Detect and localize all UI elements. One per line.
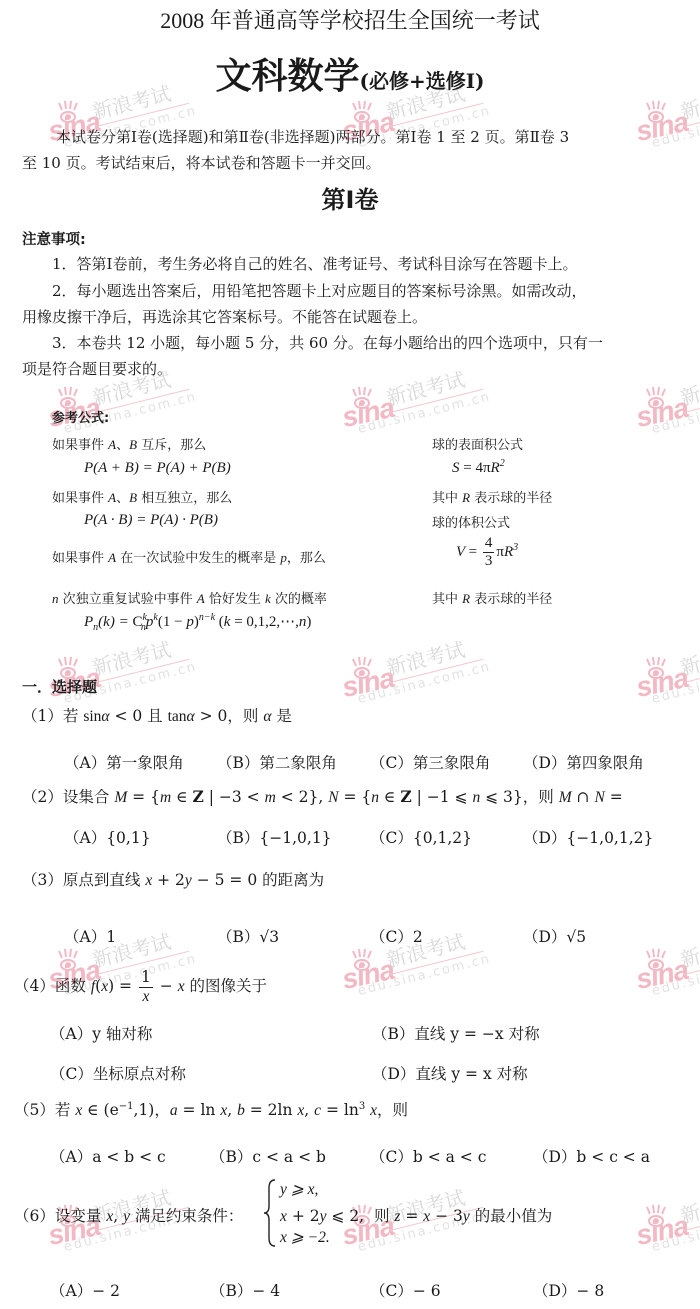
question-2-stem: （2）设集合 M = {m ∈ Z | −3 < m < 2}, N = {n … — [22, 785, 623, 807]
question-3-stem: （3）原点到直线 x + 2y − 5 = 0 的距离为 — [22, 868, 324, 890]
question-1-option-d[interactable]: （D）第四象限角 — [523, 751, 644, 773]
question-3-option-b[interactable]: （B）√3 — [217, 925, 279, 947]
question-5-option-b[interactable]: （B）c < a < b — [210, 1145, 326, 1167]
question-4-option-b[interactable]: （B）直线 y = −x 对称 — [372, 1022, 540, 1044]
reference-left-1: 如果事件 A、B 互斥，那么 — [52, 434, 206, 453]
intro-line-2: 至 10 页。考试结束后，将本试卷和答题卡一并交回。 — [22, 150, 381, 176]
intro-line-1: 本试卷分第Ⅰ卷(选择题)和第Ⅱ卷(非选择题)两部分。第Ⅰ卷 1 至 2 页。第Ⅱ… — [56, 124, 569, 150]
question-2-option-c[interactable]: （C）{0,1,2} — [370, 826, 472, 848]
reference-right-6: 其中 R 表示球的半径 — [432, 588, 552, 607]
question-1-option-b[interactable]: （B）第二象限角 — [217, 751, 337, 773]
question-5-stem: （5）若 x ∈ (e−1,1)，a = ln x, b = 2ln x, c … — [14, 1098, 408, 1120]
question-3-option-d[interactable]: （D）√5 — [523, 925, 586, 947]
question-1-option-c[interactable]: （C）第三象限角 — [370, 751, 490, 773]
question-4-stem: （4）函数 f(x) = 1x − x 的图像关于 — [14, 970, 267, 1004]
subject-title: 文科数学(必修+选修Ⅰ) — [0, 48, 700, 99]
question-4-option-a[interactable]: （A）y 轴对称 — [50, 1022, 152, 1044]
question-6-option-a[interactable]: （A）− 2 — [50, 1279, 120, 1301]
reference-left-5: 如果事件 A 在一次试验中发生的概率是 p，那么 — [52, 547, 326, 566]
question-4-option-c[interactable]: （C）坐标原点对称 — [50, 1062, 186, 1084]
question-2-option-a[interactable]: （A）{0,1} — [64, 826, 151, 848]
constraint-2: x + 2y ⩽ 2, 则 z = x − 3y 的最小值为 — [280, 1204, 552, 1226]
reference-right-3: 其中 R 表示球的半径 — [432, 487, 552, 506]
reference-left-3: 如果事件 A、B 相互独立，那么 — [52, 487, 232, 506]
subject-note: (必修+选修Ⅰ) — [359, 69, 484, 93]
constraint-1: y ⩾ x, — [280, 1180, 318, 1199]
question-4-option-d[interactable]: （D）直线 y = x 对称 — [372, 1062, 528, 1084]
question-6-option-c[interactable]: （C）− 6 — [370, 1279, 441, 1301]
question-2-option-b[interactable]: （B）{−1,0,1} — [217, 826, 332, 848]
constraint-brace — [263, 1178, 277, 1248]
note-item: 2．每小题选出答案后，用铅笔把答题卡上对应题目的答案标号涂黑。如需改动， — [52, 280, 587, 301]
question-3-option-c[interactable]: （C）2 — [370, 925, 423, 947]
question-6-stem: （6）设变量 x, y 满足约束条件： — [14, 1204, 243, 1226]
formula-sphere-volume: V = 43πR3 — [456, 536, 518, 569]
volume-title: 第Ⅰ卷 — [0, 180, 700, 215]
question-1-stem: （1）若 sinα < 0 且 tanα > 0，则 α 是 — [22, 704, 292, 726]
reference-left-6: n 次独立重复试验中事件 A 恰好发生 k 次的概率 — [52, 588, 327, 607]
exam-page: 2008 年普通高等学校招生全国统一考试 文科数学(必修+选修Ⅰ) 本试卷分第Ⅰ… — [0, 0, 700, 1309]
question-2-option-d[interactable]: （D）{−1,0,1,2} — [523, 826, 653, 848]
question-3-option-a[interactable]: （A）1 — [64, 925, 116, 947]
reference-right-4: 球的体积公式 — [432, 512, 510, 531]
question-5-option-c[interactable]: （C）b < a < c — [370, 1145, 486, 1167]
note-item: 3．本卷共 12 小题，每小题 5 分，共 60 分。在每小题给出的四个选项中，… — [52, 332, 603, 353]
question-5-option-d[interactable]: （D）b < c < a — [533, 1145, 650, 1167]
reference-heading: 参考公式: — [52, 407, 109, 426]
formula-multiplication: P(A · B) = P(A) · P(B) — [84, 512, 218, 529]
question-6-option-d[interactable]: （D）− 8 — [533, 1279, 604, 1301]
exam-title: 2008 年普通高等学校招生全国统一考试 — [0, 4, 700, 35]
formula-binomial: Pn(k) = Cknpk(1 − p)n−k (k = 0,1,2,⋯,n) — [84, 612, 311, 633]
note-item: 1．答第Ⅰ卷前，考生务必将自己的姓名、准考证号、考试科目涂写在答题卡上。 — [52, 253, 577, 274]
constraint-3: x ⩾ −2. — [280, 1228, 330, 1247]
note-item: 用橡皮擦干净后，再选涂其它答案标号。不能答在试题卷上。 — [22, 306, 427, 327]
subject-name: 文科数学 — [215, 56, 359, 97]
question-1-option-a[interactable]: （A）第一象限角 — [64, 751, 184, 773]
reference-right-1: 球的表面积公式 — [432, 434, 523, 453]
question-5-option-a[interactable]: （A）a < b < c — [50, 1145, 166, 1167]
question-6-option-b[interactable]: （B）− 4 — [210, 1279, 280, 1301]
note-item: 项是符合题目要求的。 — [22, 358, 172, 379]
notes-heading: 注意事项: — [22, 228, 86, 249]
formula-addition: P(A + B) = P(A) + P(B) — [84, 460, 231, 477]
formula-sphere-area: S = 4πR2 — [452, 458, 505, 477]
section-heading: 一．选择题 — [22, 676, 97, 697]
